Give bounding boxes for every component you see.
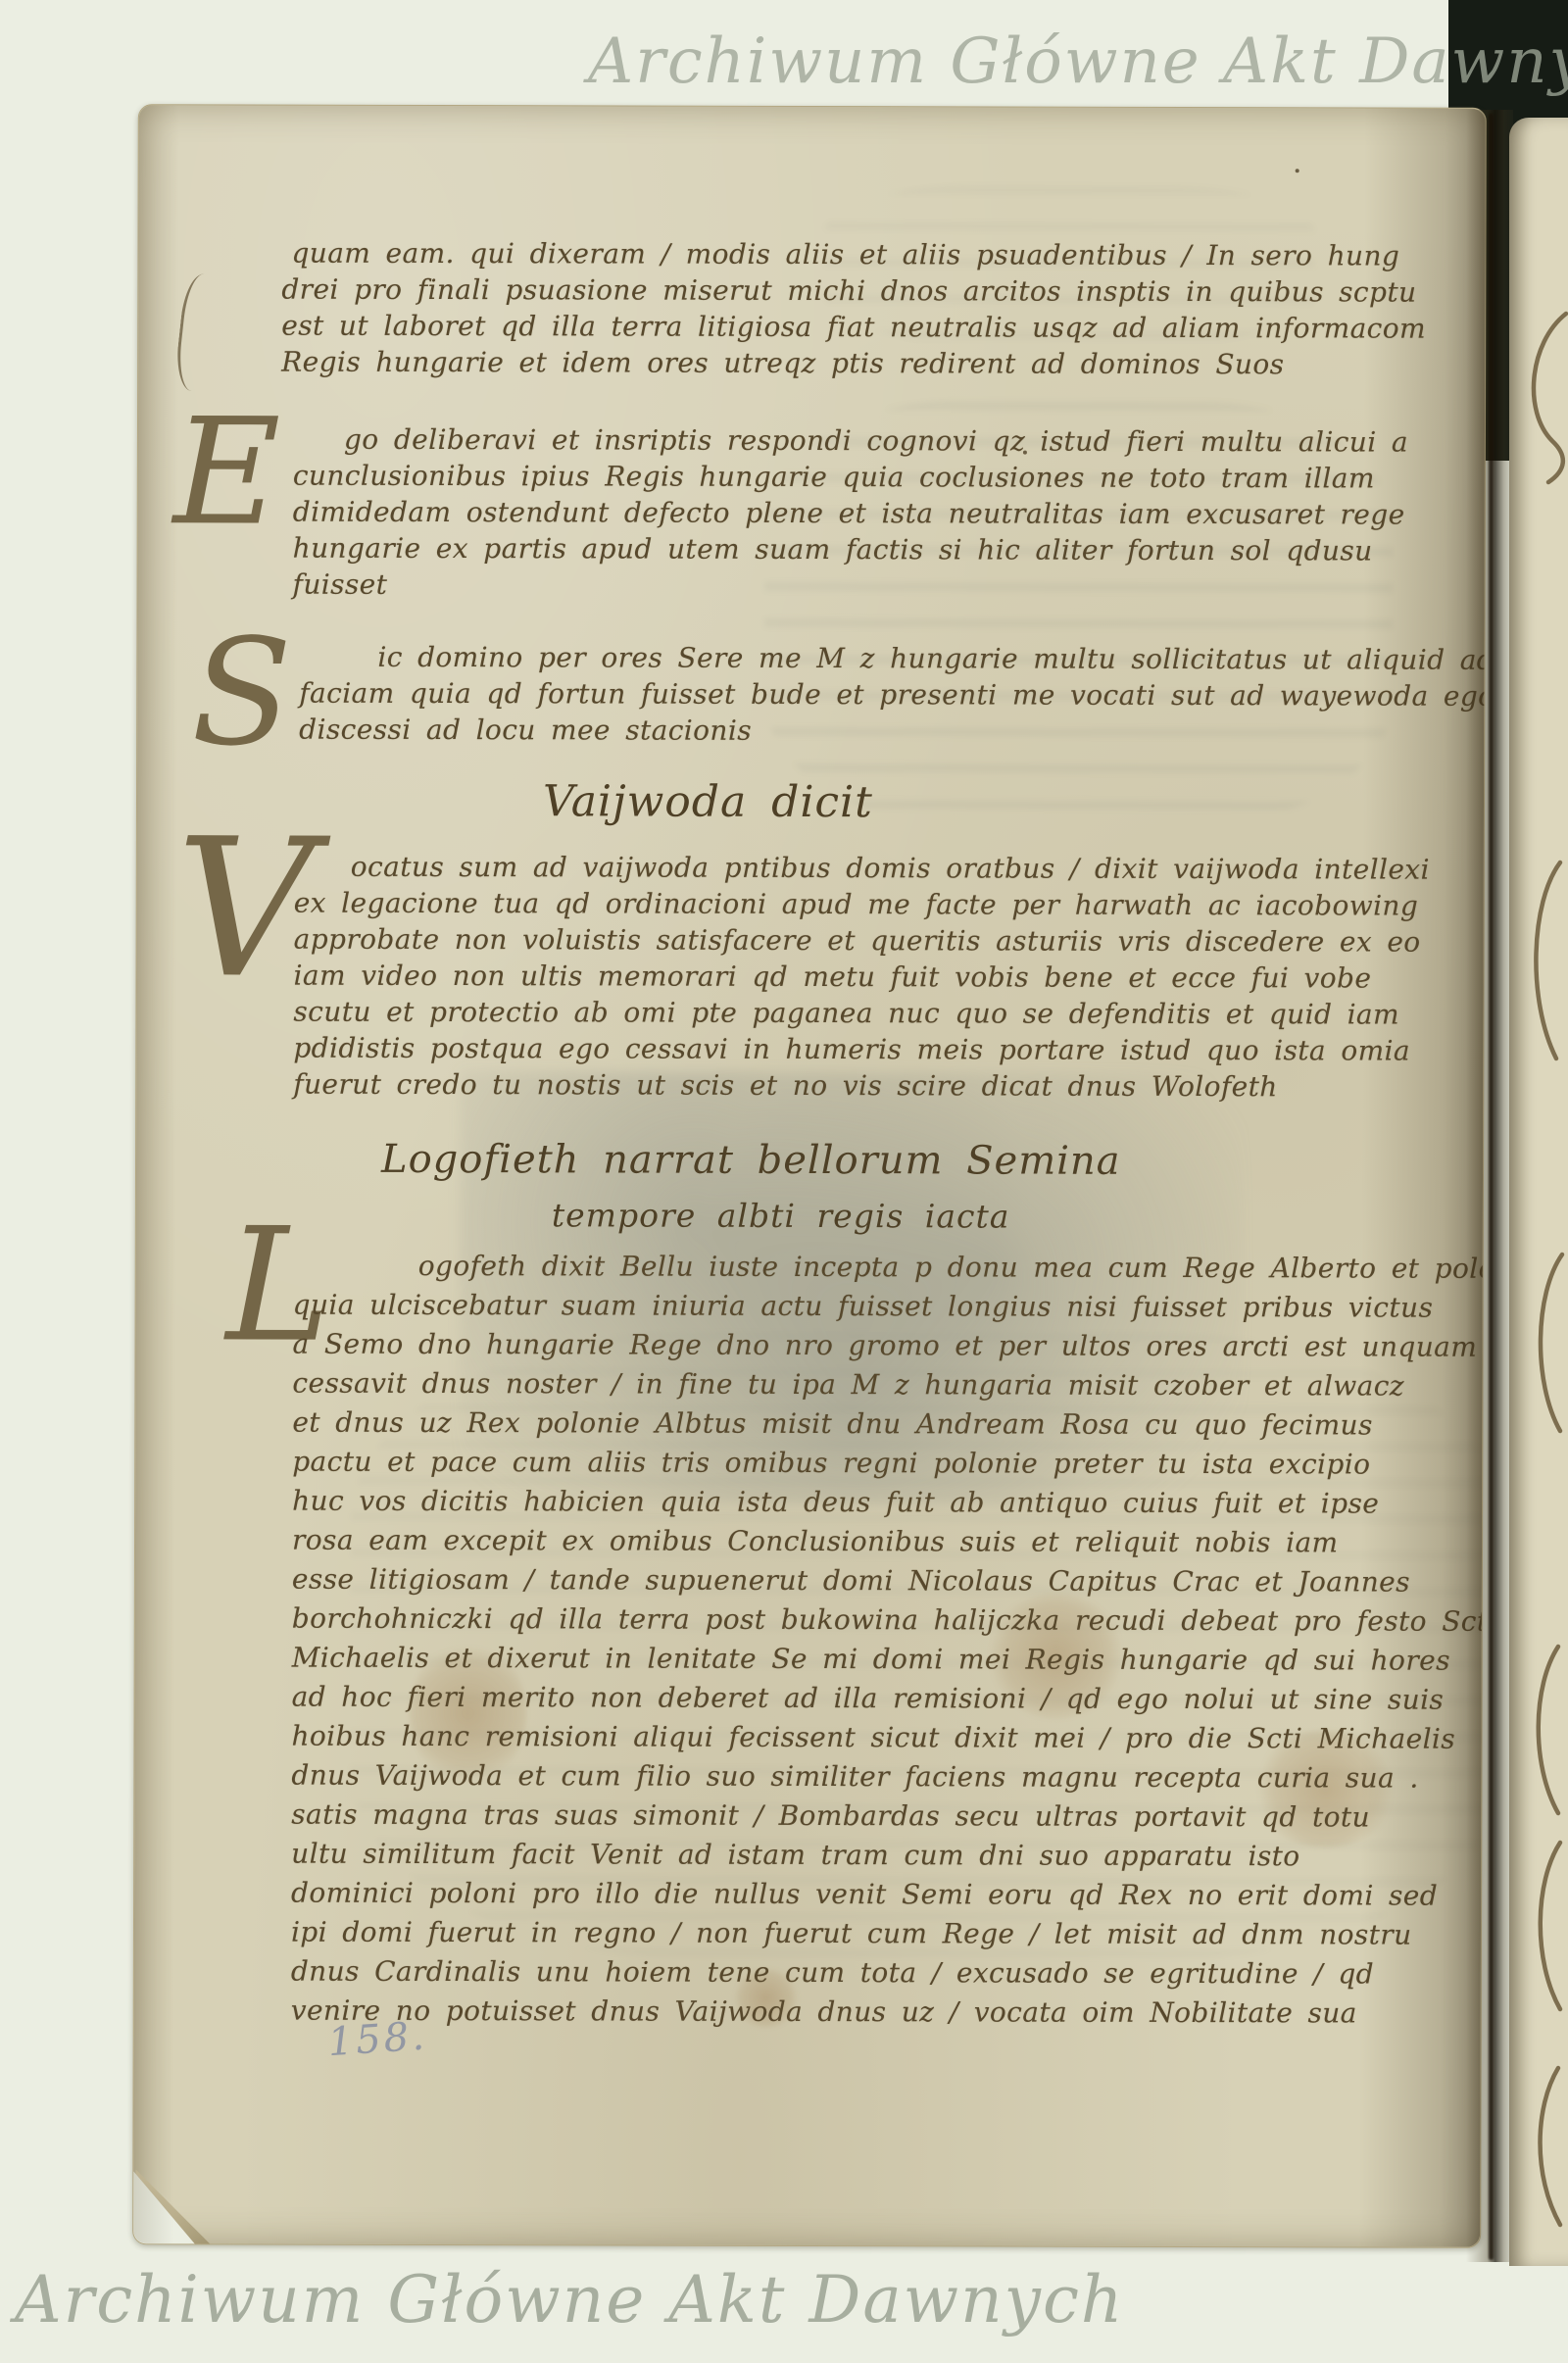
manuscript-line: drei pro finali psuasione miserut michi … (281, 271, 1426, 311)
section-heading: Logofieth narrat bellorum Semina (381, 1137, 1121, 1184)
section-heading: tempore albti regis iacta (552, 1196, 1010, 1235)
manuscript-line: dimidedam ostendunt defecto plene et ist… (293, 494, 1408, 533)
manuscript-line: approbate non voluistis satisfacere et q… (294, 921, 1430, 960)
archive-scan-view: quam eam. qui dixeram / modis aliis et a… (0, 0, 1568, 2363)
manuscript-line: scutu et protectio ab omi pte paganea nu… (293, 994, 1429, 1033)
manuscript-paragraph-3: ic domino per ores Sere me M z hungarie … (299, 639, 1487, 751)
manuscript-line: borchohniczki qd illa terra post bukowin… (292, 1600, 1487, 1642)
manuscript-line: rosa eam excepit ex omibus Conclusionibu… (292, 1521, 1487, 1563)
manuscript-line: venire no potuisset dnus Vaijwoda dnus u… (291, 1992, 1487, 2034)
manuscript-line: ex legacione tua qd ordinacioni apud me … (294, 885, 1430, 924)
manuscript-paragraph-2: go deliberavi et insriptis respondi cogn… (293, 421, 1409, 606)
initial-letter: E (173, 399, 281, 546)
manuscript-line: dnus Vaijwoda et cum filio suo similiter… (291, 1756, 1487, 1798)
manuscript-line: a Semo dno hungarie Rege dno nro gromo e… (292, 1325, 1486, 1367)
manuscript-line: pdidistis postqua ego cessavi in humeris… (293, 1030, 1429, 1069)
archive-watermark-top: Archiwum Główne Akt Dawnych (588, 25, 1568, 98)
manuscript-line: dominici poloni pro illo die nullus veni… (291, 1874, 1487, 1916)
initial-letter: S (191, 619, 292, 766)
manuscript-line: fuerut credo tu nostis ut scis et no vis… (293, 1066, 1429, 1106)
manuscript-line: ad hoc fieri merito non deberet ad illa … (292, 1678, 1487, 1720)
manuscript-line: hoibus hanc remisioni aliqui fecissent s… (291, 1717, 1486, 1759)
manuscript-paragraph-4: ocatus sum ad vaijwoda pntibus domis ora… (293, 849, 1430, 1106)
manuscript-line: huc vos dicitis habicien quia ista deus … (292, 1482, 1487, 1524)
manuscript-line: Michaelis et dixerut in lenitate Se mi d… (292, 1639, 1487, 1681)
manuscript-line: ipi domi fuerut in regno / non fuerut cu… (291, 1913, 1487, 1955)
manuscript-line: cunclusionibus ipius Regis hungarie quia… (293, 458, 1408, 497)
manuscript-line: quia ulciscebatur suam iniuria actu fuis… (293, 1286, 1487, 1328)
gutter-crease (1489, 114, 1494, 2260)
manuscript-line: discessi ad locu mee stacionis (299, 712, 1487, 751)
manuscript-line: est ut laboret qd illa terra litigiosa f… (281, 308, 1426, 347)
manuscript-line: ultu similitum facit Venit ad istam tram… (291, 1835, 1487, 1877)
manuscript-line: fuisset (293, 566, 1408, 606)
margin-flourish (173, 272, 222, 393)
manuscript-paragraph-5: ogofeth dixit Bellu iuste incepta p donu… (291, 1247, 1487, 2034)
manuscript-line: quam eam. qui dixeram / modis aliis et a… (281, 235, 1426, 274)
manuscript-line: esse litigiosam / tande supuenerut domi … (292, 1560, 1487, 1602)
manuscript-line: et dnus uz Rex polonie Albtus misit dnu … (292, 1403, 1487, 1446)
manuscript-line: ogofeth dixit Bellu iuste incepta p donu… (293, 1247, 1487, 1289)
paper-speck (1296, 169, 1299, 172)
manuscript-line: ocatus sum ad vaijwoda pntibus domis ora… (294, 849, 1430, 888)
page-number: 158. (326, 2014, 428, 2066)
section-heading: Vaijwoda dicit (543, 776, 873, 827)
manuscript-line: go deliberavi et insriptis respondi cogn… (293, 421, 1408, 461)
manuscript-paragraph-1: quam eam. qui dixeram / modis aliis et a… (281, 235, 1426, 383)
manuscript-line: pactu et pace cum aliis tris omibus regn… (292, 1443, 1487, 1485)
manuscript-line: dnus Cardinalis unu hoiem tene cum tota … (291, 1952, 1487, 1994)
archive-watermark-bottom: Archiwum Główne Akt Dawnych (15, 2262, 1124, 2338)
manuscript-line: hungarie ex partis apud utem suam factis… (293, 530, 1408, 569)
manuscript-page: quam eam. qui dixeram / modis aliis et a… (132, 104, 1487, 2248)
manuscript-line: Regis hungarie et idem ores utreqz ptis … (281, 344, 1426, 383)
manuscript-line: ic domino per ores Sere me M z hungarie … (299, 639, 1487, 678)
manuscript-line: cessavit dnus noster / in fine tu ipa M … (292, 1364, 1486, 1406)
manuscript-line: faciam quia qd fortun fuisset bude et pr… (299, 675, 1487, 714)
manuscript-line: satis magna tras suas simonit / Bombarda… (291, 1796, 1487, 1838)
manuscript-line: iam video non ultis memorari qd metu fui… (293, 958, 1429, 997)
adjacent-page (1509, 118, 1568, 2266)
adjacent-page-flourishes (1509, 118, 1568, 2266)
